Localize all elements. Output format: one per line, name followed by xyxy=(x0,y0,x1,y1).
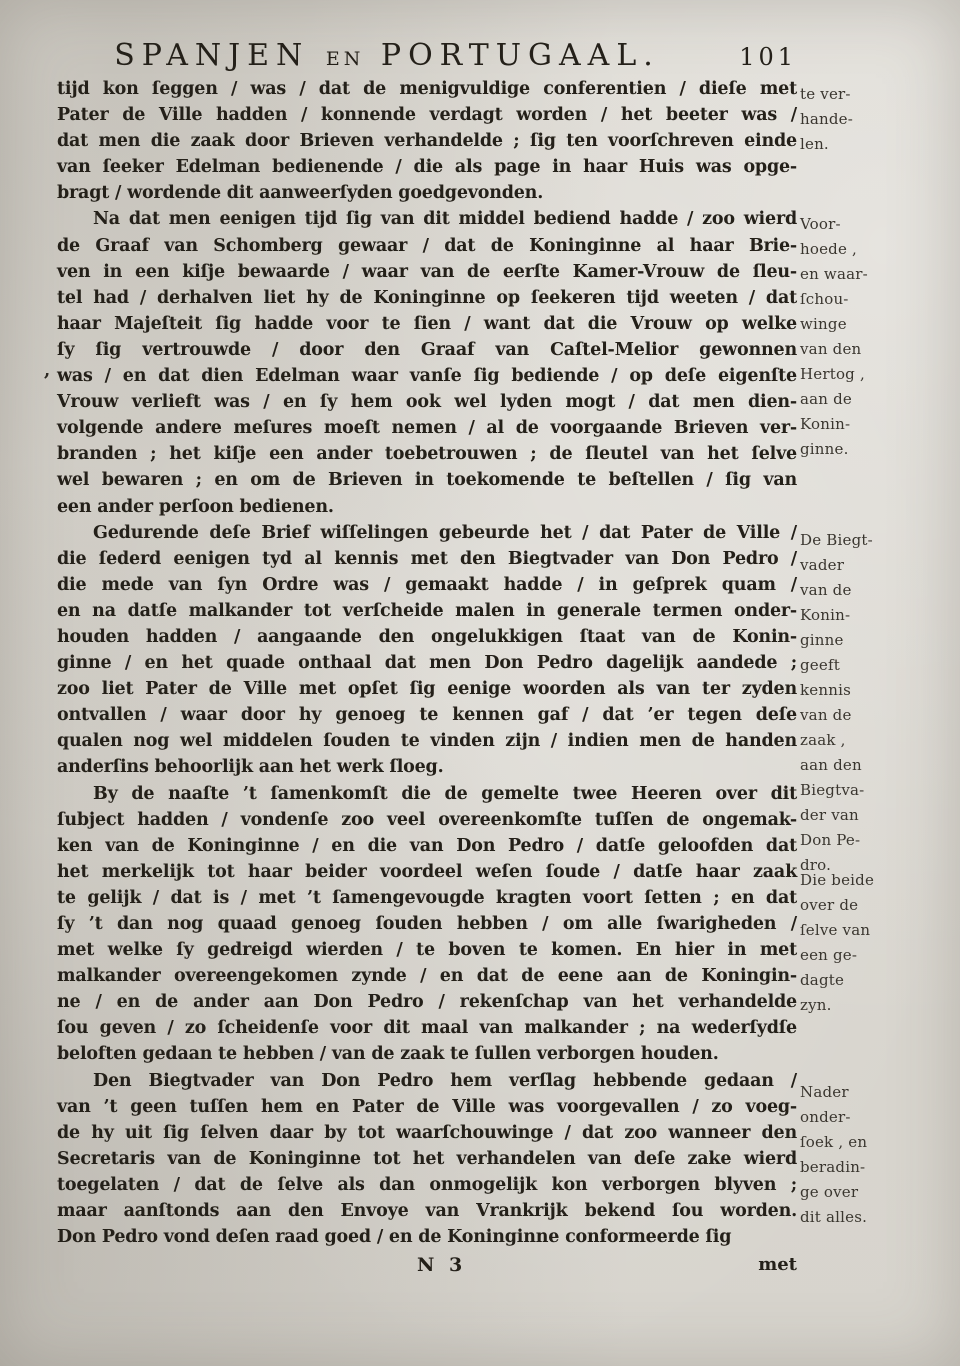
body-paragraphs: tijd kon ſeggen / was / dat de menigvuld… xyxy=(57,76,797,1250)
paragraph: By de naaſte ’t ſamenkomſt die de gemelt… xyxy=(57,781,797,1068)
text-line: haar Majeſteit ſig hadde voor te ſien / … xyxy=(57,311,797,337)
text-line: ven in een kiſje bewaarde / waar van de … xyxy=(57,259,797,285)
stray-ink-mark: , xyxy=(44,360,50,381)
signature-mark: N 3 xyxy=(417,1254,466,1276)
text-line: tel had / derhalven liet hy de Koninginn… xyxy=(57,285,797,311)
text-line: qualen nog wel middelen ſouden te vinden… xyxy=(57,728,797,754)
text-line: tijd kon ſeggen / was / dat de menigvuld… xyxy=(57,76,797,102)
margin-note-line: De Biegt- xyxy=(800,528,950,553)
margin-note-line: over de xyxy=(800,893,950,918)
paragraph: Na dat men eenigen tijd ſig van dit midd… xyxy=(57,206,797,519)
title-part2: PORTUGAAL. xyxy=(381,38,660,73)
paragraph: Gedurende deſe Brief wiſſelingen gebeurd… xyxy=(57,520,797,781)
margin-note-line: een ge- xyxy=(800,943,950,968)
text-line: beloften gedaan te hebben / van de zaak … xyxy=(57,1041,797,1067)
text-line: bragt / wordende dit aanweerſyden goedge… xyxy=(57,180,797,206)
margin-note-line: geeft xyxy=(800,653,950,678)
text-line: zoo liet Pater de Ville met opſet ſig ee… xyxy=(57,676,797,702)
text-line: Gedurende deſe Brief wiſſelingen gebeurd… xyxy=(57,520,797,546)
margin-note: De Biegt-vadervan deKonin-ginnegeeftkenn… xyxy=(800,528,950,878)
text-line: anderſins behoorlijk aan het werk ſloeg. xyxy=(57,754,797,780)
text-line: ſy ſig vertrouwde / door den Graaf van C… xyxy=(57,337,797,363)
margin-note: te ver-hande-len. xyxy=(800,82,950,157)
margin-note: Die beideover deſelve vaneen ge-dagtezyn… xyxy=(800,868,950,1018)
margin-note-line: ginne. xyxy=(800,437,950,462)
page-number: 101 xyxy=(717,43,797,71)
catchword: met xyxy=(758,1254,797,1275)
text-line: ſy ’t dan nog quaad genoeg ſouden hebben… xyxy=(57,911,797,937)
text-line: een ander perſoon bedienen. xyxy=(57,494,797,520)
margin-note-line: dagte xyxy=(800,968,950,993)
text-line: ſou geven / zo ſcheidenſe voor dit maal … xyxy=(57,1015,797,1041)
text-line: Secretaris van de Koninginne tot het ver… xyxy=(57,1146,797,1172)
margin-note-line: kennis xyxy=(800,678,950,703)
text-line: ginne / en het quade onthaal dat men Don… xyxy=(57,650,797,676)
margin-note: Naderonder-ſoek , enberadin-ge overdit a… xyxy=(800,1080,950,1230)
margin-note-line: Die beide xyxy=(800,868,950,893)
text-line: Don Pedro vond deſen raad goed / en de K… xyxy=(57,1224,797,1250)
text-line: malkander overeengekomen zynde / en dat … xyxy=(57,963,797,989)
margin-note-line: ginne xyxy=(800,628,950,653)
text-line: ne / en de ander aan Don Pedro / rekenſc… xyxy=(57,989,797,1015)
book-page: SPANJEN EN PORTUGAAL. 101 tijd kon ſegge… xyxy=(0,0,960,1366)
margin-note-line: aan den xyxy=(800,753,950,778)
margin-note-line: Voor- xyxy=(800,212,950,237)
margin-note-line: beradin- xyxy=(800,1155,950,1180)
margin-note-line: Don Pe- xyxy=(800,828,950,853)
text-line: de hy uit ſig ſelven daar by tot waarſch… xyxy=(57,1120,797,1146)
text-line: maar aanſtonds aan den Envoye van Vrankr… xyxy=(57,1198,797,1224)
text-line: ontvallen / waar door hy genoeg te kenne… xyxy=(57,702,797,728)
margin-note-line: winge xyxy=(800,312,950,337)
text-line: was / en dat dien Edelman waar vanſe ſig… xyxy=(57,363,797,389)
margin-note-line: len. xyxy=(800,132,950,157)
text-line: met welke ſy gedreigd wierden / te boven… xyxy=(57,937,797,963)
margin-note-line: hoede , xyxy=(800,237,950,262)
text-line: die mede van ſyn Ordre was / gemaakt had… xyxy=(57,572,797,598)
margin-note-line: ge over xyxy=(800,1180,950,1205)
margin-note-line: ſoek , en xyxy=(800,1130,950,1155)
text-line: wel bewaren ; en om de Brieven in toekom… xyxy=(57,467,797,493)
title-part1: SPANJEN xyxy=(114,38,309,73)
margin-note-line: ſchou- xyxy=(800,287,950,312)
margin-note-line: van den xyxy=(800,337,950,362)
page-footer: N 3 met xyxy=(57,1254,797,1284)
text-line: Vrouw verlieft was / en ſy hem ook wel l… xyxy=(57,389,797,415)
text-line: van ’t geen tuſſen hem en Pater de Ville… xyxy=(57,1094,797,1120)
margin-note-line: ſelve van xyxy=(800,918,950,943)
margin-note-line: vader xyxy=(800,553,950,578)
margin-note-line: te ver- xyxy=(800,82,950,107)
margin-note-line: aan de xyxy=(800,387,950,412)
margin-note-line: Hertog , xyxy=(800,362,950,387)
text-line: Na dat men eenigen tijd ſig van dit midd… xyxy=(57,206,797,232)
text-line: de Graaf van Schomberg gewaar / dat de K… xyxy=(57,233,797,259)
text-line: By de naaſte ’t ſamenkomſt die de gemelt… xyxy=(57,781,797,807)
text-line: dat men die zaak door Brieven verhandeld… xyxy=(57,128,797,154)
margin-note-line: zyn. xyxy=(800,993,950,1018)
margin-note-line: Konin- xyxy=(800,412,950,437)
text-line: en na datſe malkander tot verſcheide mal… xyxy=(57,598,797,624)
text-line: houden hadden / aangaande den ongelukkig… xyxy=(57,624,797,650)
text-line: te gelijk / dat is / met ’t ſamengevougd… xyxy=(57,885,797,911)
margin-note-line: zaak , xyxy=(800,728,950,753)
text-line: toegelaten / dat de ſelve als dan onmoge… xyxy=(57,1172,797,1198)
margin-note-line: van de xyxy=(800,703,950,728)
text-line: branden ; het kiſje een ander toebetrouw… xyxy=(57,441,797,467)
text-line: die ſederd eenigen tyd al kennis met den… xyxy=(57,546,797,572)
margin-note: Voor-hoede ,en waar-ſchou-wingevan denHe… xyxy=(800,212,950,462)
margin-note-line: dit alles. xyxy=(800,1205,950,1230)
text-line: Pater de Ville hadden / konnende verdagt… xyxy=(57,102,797,128)
margin-note-line: Konin- xyxy=(800,603,950,628)
running-head: SPANJEN EN PORTUGAAL. 101 xyxy=(57,38,797,73)
text-line: van ſeeker Edelman bedienende / die als … xyxy=(57,154,797,180)
text-line: volgende andere meſures moeſt nemen / al… xyxy=(57,415,797,441)
margin-note-line: en waar- xyxy=(800,262,950,287)
paragraph: tijd kon ſeggen / was / dat de menigvuld… xyxy=(57,76,797,206)
margin-note-line: hande- xyxy=(800,107,950,132)
margin-note-line: der van xyxy=(800,803,950,828)
text-line: ken van de Koninginne / en die van Don P… xyxy=(57,833,797,859)
text-line: het merkelijk tot haar beider voordeel w… xyxy=(57,859,797,885)
page-title: SPANJEN EN PORTUGAAL. xyxy=(57,38,717,73)
title-conjunction: EN xyxy=(326,48,365,70)
margin-note-line: van de xyxy=(800,578,950,603)
margin-note-line: onder- xyxy=(800,1105,950,1130)
paragraph: Den Biegtvader van Don Pedro hem verſlag… xyxy=(57,1068,797,1251)
margin-note-line: Biegtva- xyxy=(800,778,950,803)
text-line: Den Biegtvader van Don Pedro hem verſlag… xyxy=(57,1068,797,1094)
text-line: ſubject hadden / vondenſe zoo veel overe… xyxy=(57,807,797,833)
margin-note-line: Nader xyxy=(800,1080,950,1105)
